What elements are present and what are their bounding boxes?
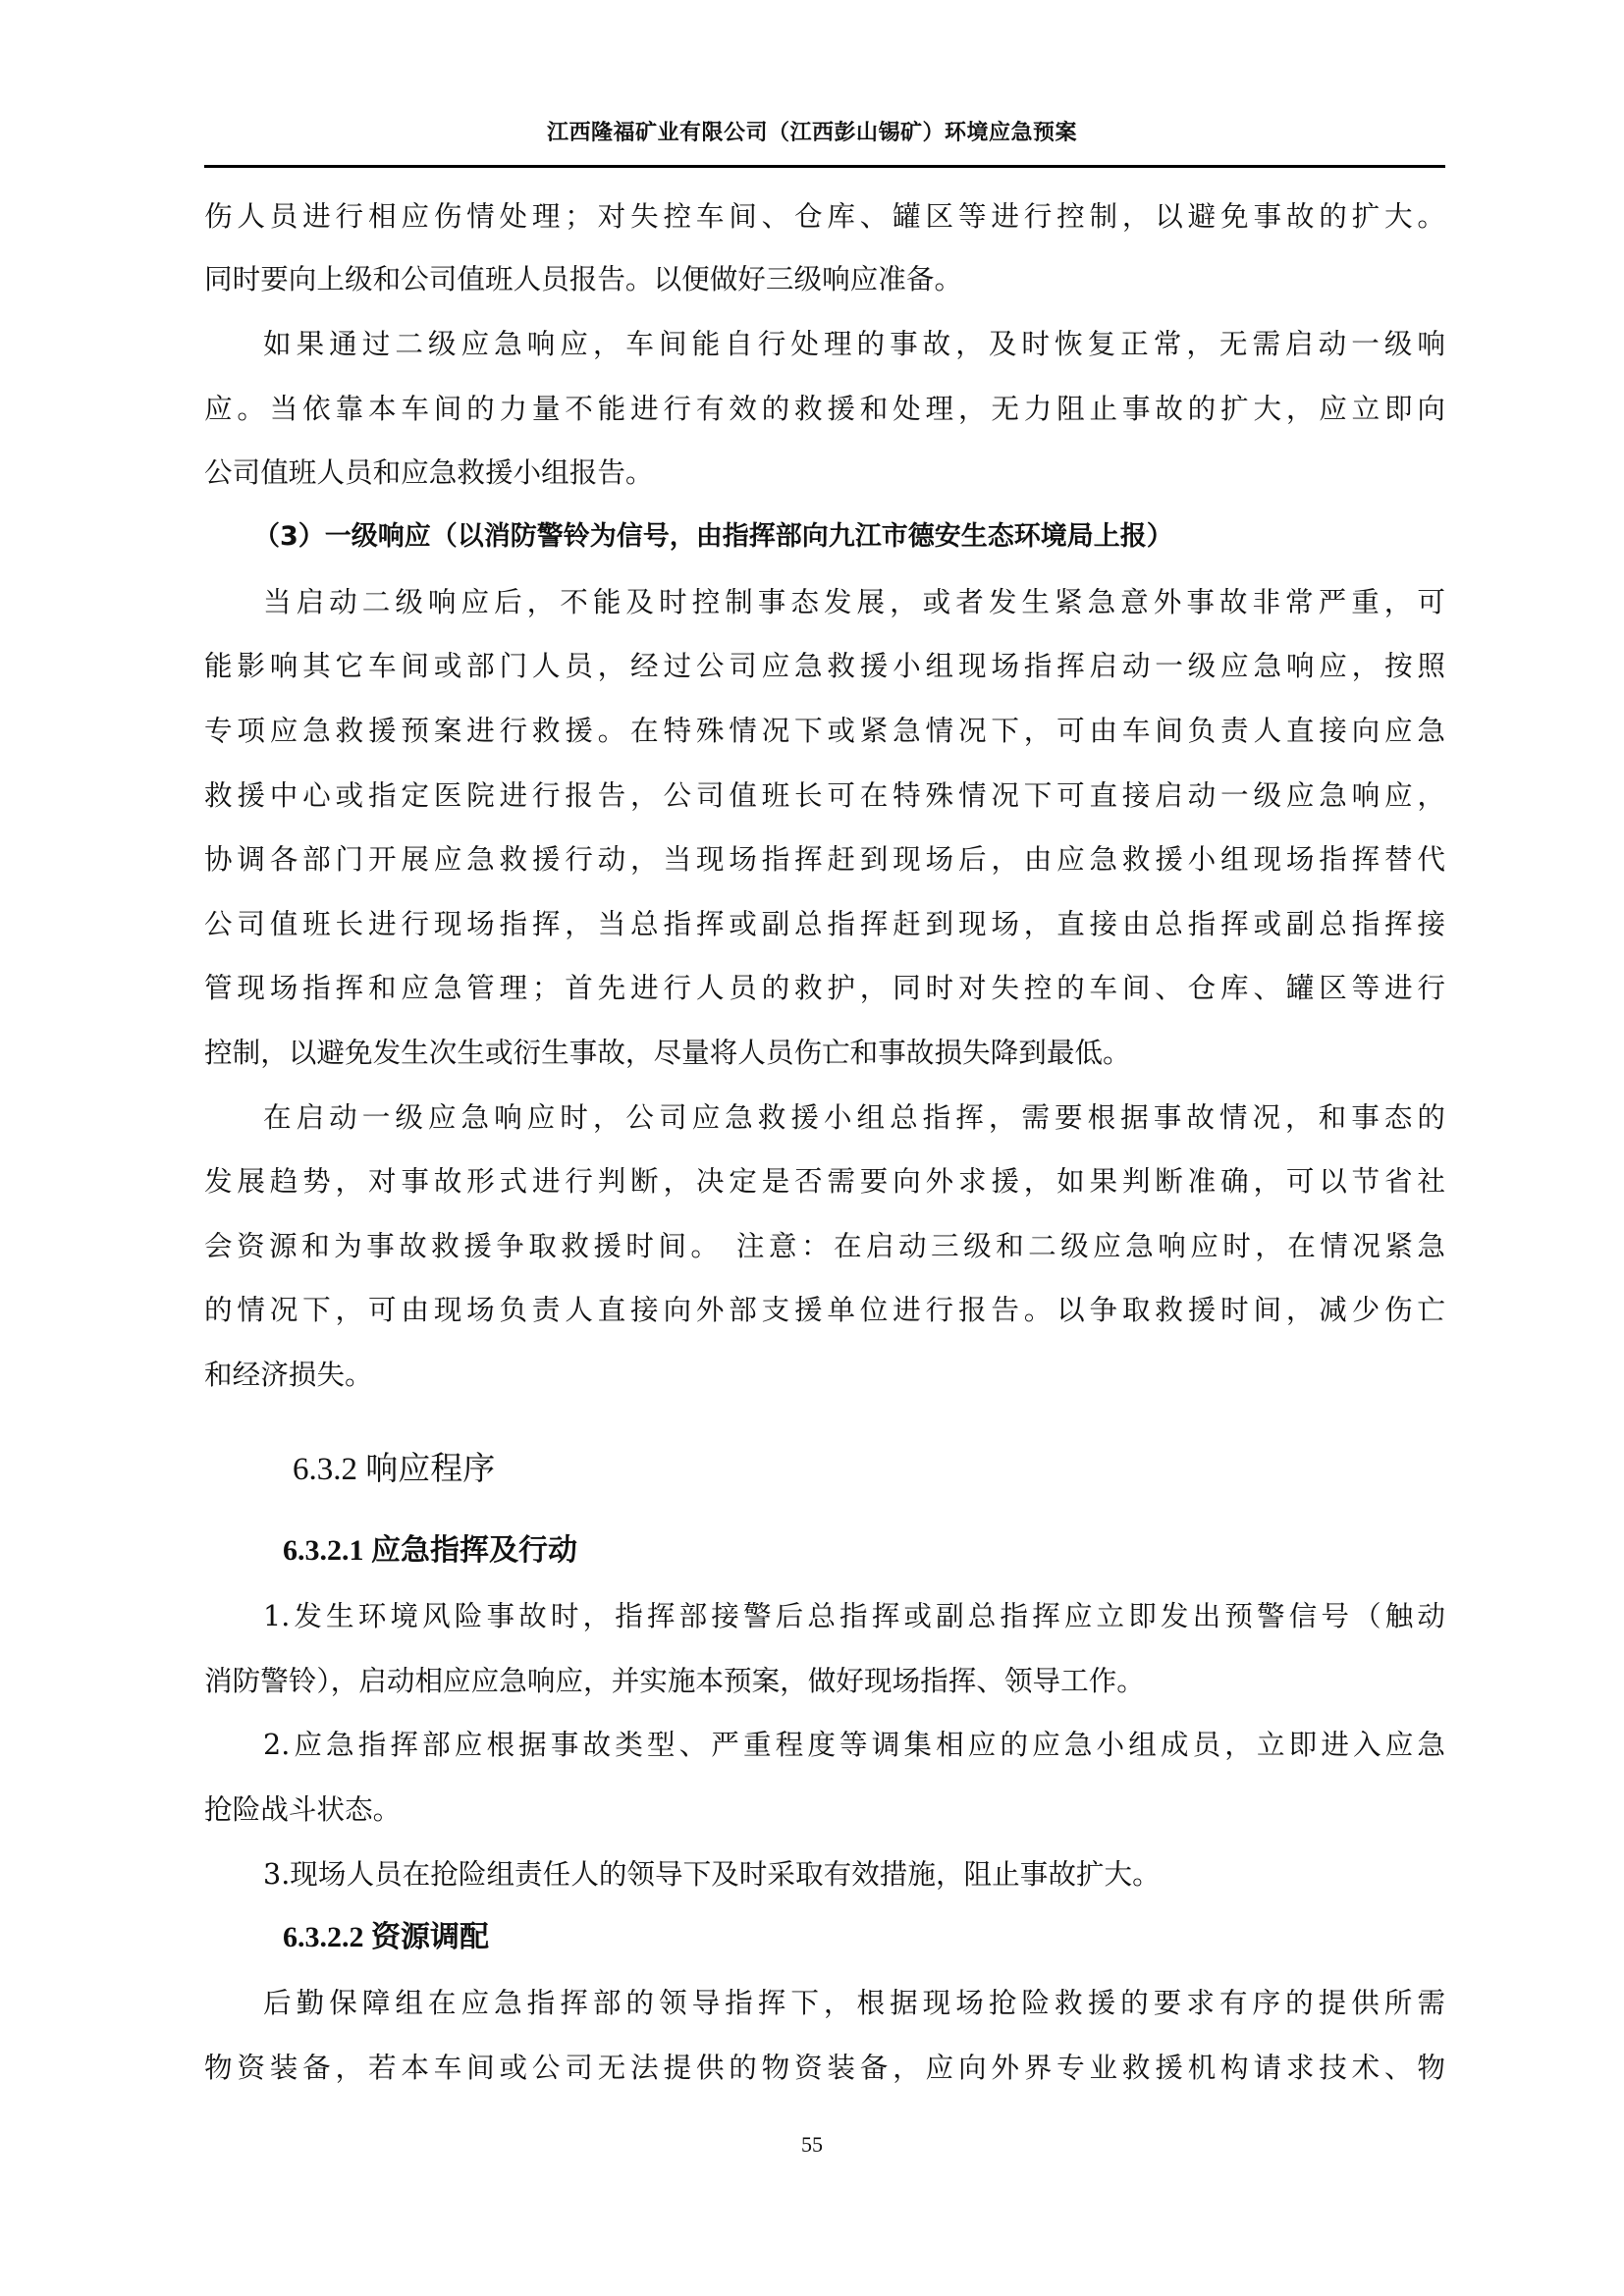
body-line: 在启动一级应急响应时，公司应急救援小组总指挥，需要根据事故情况，和事态的 (204, 1097, 1445, 1137)
header-title: 江西隆福矿业有限公司（江西彭山锡矿）环境应急预案 (0, 116, 1624, 146)
body-line: 抢险战斗状态。 (204, 1789, 1445, 1829)
body-line: 协调各部门开展应急救援行动，当现场指挥赶到现场后，由应急救援小组现场指挥替代 (204, 839, 1445, 879)
body-line: 3.现场人员在抢险组责任人的领导下及时采取有效措施，阻止事故扩大。 (204, 1854, 1445, 1894)
section-heading-6-3-2: 6.3.2 响应程序 (204, 1450, 1475, 1489)
body-line: 会资源和为事故救援争取救援时间。 注意：在启动三级和二级应急响应时，在情况紧急 (204, 1226, 1445, 1265)
body-line: 同时要向上级和公司值班人员报告。以便做好三级响应准备。 (204, 259, 1445, 298)
body-line: 应。当依靠本车间的力量不能进行有效的救援和处理，无力阻止事故的扩大，应立即向 (204, 389, 1445, 428)
body-line: 物资装备，若本车间或公司无法提供的物资装备，应向外界专业救援机构请求技术、物 (204, 2048, 1445, 2087)
body-line: 管现场指挥和应急管理；首先进行人员的救护，同时对失控的车间、仓库、罐区等进行 (204, 968, 1445, 1007)
body-line: 1.发生环境风险事故时，指挥部接警后总指挥或副总指挥应立即发出预警信号（触动 (204, 1596, 1445, 1635)
body-line: 2.应急指挥部应根据事故类型、严重程度等调集相应的应急小组成员，立即进入应急 (204, 1725, 1445, 1764)
header-rule (204, 165, 1445, 168)
body-line: 如果通过二级应急响应，车间能自行处理的事故，及时恢复正常，无需启动一级响 (204, 324, 1445, 363)
section-heading-6-3-2-1: 6.3.2.1 应急指挥及行动 (204, 1531, 1465, 1571)
body-line: 和经济损失。 (204, 1355, 1445, 1394)
body-line: 专项应急救援预案进行救援。在特殊情况下或紧急情况下，可由车间负责人直接向应急 (204, 711, 1445, 750)
body-line: 公司值班长进行现场指挥，当总指挥或副总指挥赶到现场，直接由总指挥或副总指挥接 (204, 904, 1445, 943)
body-line: 公司值班人员和应急救援小组报告。 (204, 453, 1445, 492)
body-line: 救援中心或指定医院进行报告，公司值班长可在特殊情况下可直接启动一级应急响应， (204, 775, 1445, 815)
body-line: 消防警铃），启动相应应急响应，并实施本预案，做好现场指挥、领导工作。 (204, 1661, 1445, 1700)
body-line: 能影响其它车间或部门人员，经过公司应急救援小组现场指挥启动一级应急响应，按照 (204, 646, 1445, 685)
body-line: 当启动二级响应后，不能及时控制事态发展，或者发生紧急意外事故非常严重，可 (204, 582, 1445, 621)
section-heading-level1-response: （3）一级响应（以消防警铃为信号，由指挥部向九江市德安生态环境局上报） (204, 517, 1435, 557)
body-line: 的情况下，可由现场负责人直接向外部支援单位进行报告。以争取救援时间，减少伤亡 (204, 1290, 1445, 1329)
body-line: 控制，以避免发生次生或衍生事故，尽量将人员伤亡和事故损失降到最低。 (204, 1033, 1445, 1072)
page-number: 55 (0, 2132, 1624, 2158)
body-line: 发展趋势，对事故形式进行判断，决定是否需要向外求援，如果判断准确，可以节省社 (204, 1161, 1445, 1201)
body-line: 伤人员进行相应伤情处理；对失控车间、仓库、罐区等进行控制，以避免事故的扩大。 (204, 196, 1445, 236)
body-line: 后勤保障组在应急指挥部的领导指挥下，根据现场抢险救援的要求有序的提供所需 (204, 1983, 1445, 2022)
section-heading-6-3-2-2: 6.3.2.2 资源调配 (204, 1918, 1465, 1957)
